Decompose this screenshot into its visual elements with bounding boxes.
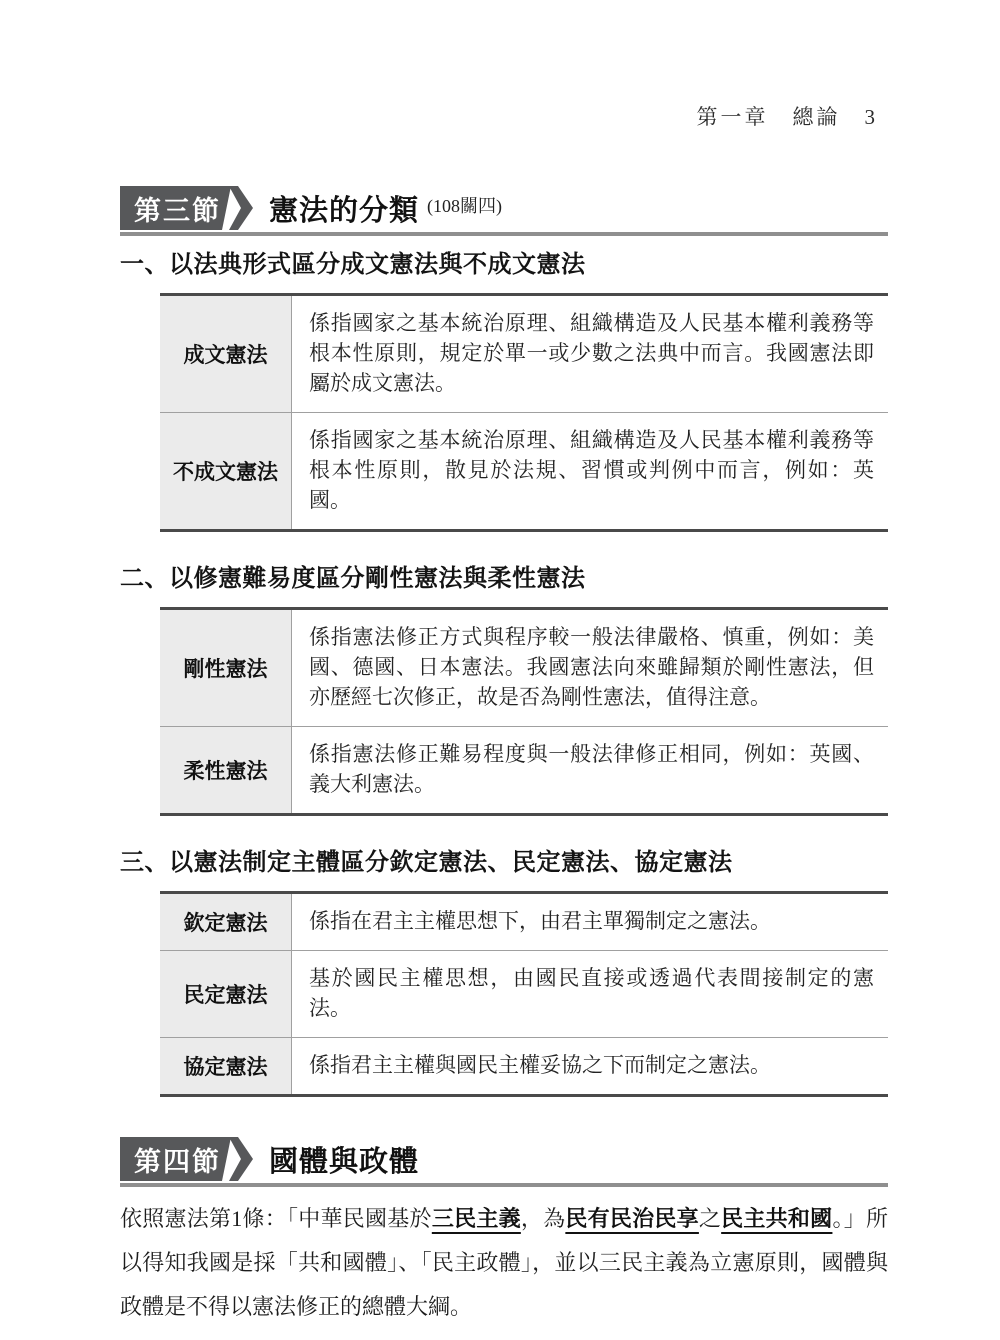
emphasis-run: 三民主義 [432, 1206, 521, 1231]
emphasis-run: 民主共和國 [721, 1206, 832, 1231]
definition-cell: 係指憲法修正難易程度與一般法律修正相同，例如：英國、義大利憲法。 [292, 727, 888, 813]
subsection2-heading: 二、以修憲難易度區分剛性憲法與柔性憲法 [120, 562, 888, 596]
definition-cell: 係指憲法修正方式與程序較一般法律嚴格、慎重，例如：美國、德國、日本憲法。我國憲法… [292, 610, 888, 726]
term-cell: 協定憲法 [160, 1038, 292, 1094]
enacting-body-constitution-table: 欽定憲法 係指在君主主權思想下，由君主單獨制定之憲法。 民定憲法 基於國民主權思… [160, 891, 888, 1097]
section-badge-label: 第四節 [120, 1137, 231, 1181]
exam-reference-annotation: (108關四) [427, 192, 502, 218]
page-content: 第一章 總論 3 第三節 憲法的分類 (108關四) 一、以法典形式區分成文憲法… [0, 0, 1000, 1340]
badge-arrow-icon [229, 1137, 255, 1181]
section4-title: 國體與政體 [269, 1139, 419, 1180]
textbook-page: { "colors": { "badge_bg": "#57585a", "ru… [0, 0, 1000, 1340]
section3-heading: 第三節 憲法的分類 (108關四) [120, 186, 888, 236]
table-row: 欽定憲法 係指在君主主權思想下，由君主單獨制定之憲法。 [160, 894, 888, 951]
text-run: 依照憲法第1條：「中華民國基於 [120, 1206, 432, 1231]
term-cell: 民定憲法 [160, 951, 292, 1037]
term-cell: 欽定憲法 [160, 894, 292, 950]
subsection1-heading: 一、以法典形式區分成文憲法與不成文憲法 [120, 248, 888, 282]
text-run: ，為 [521, 1206, 566, 1231]
body-paragraph: 依照憲法第1條：「中華民國基於三民主義，為民有民治民享之民主共和國。」所以得知我… [120, 1197, 888, 1329]
term-cell: 成文憲法 [160, 296, 292, 412]
codified-constitution-table: 成文憲法 係指國家之基本統治原理、組織構造及人民基本權利義務等根本性原則，規定於… [160, 293, 888, 532]
table-row: 不成文憲法 係指國家之基本統治原理、組織構造及人民基本權利義務等根本性原則，散見… [160, 413, 888, 529]
section3-title: 憲法的分類 [269, 188, 419, 229]
definition-cell: 係指在君主主權思想下，由君主單獨制定之憲法。 [292, 894, 888, 950]
definition-cell: 係指君主主權與國民主權妥協之下而制定之憲法。 [292, 1038, 888, 1094]
running-header: 第一章 總論 3 [120, 102, 888, 132]
definition-cell: 係指國家之基本統治原理、組織構造及人民基本權利義務等根本性原則，規定於單一或少數… [292, 296, 888, 412]
definition-cell: 基於國民主權思想，由國民直接或透過代表間接制定的憲法。 [292, 951, 888, 1037]
table-row: 民定憲法 基於國民主權思想，由國民直接或透過代表間接制定的憲法。 [160, 951, 888, 1038]
section-badge-label: 第三節 [120, 186, 231, 230]
section4-badge: 第四節 [120, 1137, 255, 1181]
term-cell: 剛性憲法 [160, 610, 292, 726]
table-row: 剛性憲法 係指憲法修正方式與程序較一般法律嚴格、慎重，例如：美國、德國、日本憲法… [160, 610, 888, 727]
table-row: 柔性憲法 係指憲法修正難易程度與一般法律修正相同，例如：英國、義大利憲法。 [160, 727, 888, 813]
badge-arrow-icon [229, 186, 255, 230]
definition-cell: 係指國家之基本統治原理、組織構造及人民基本權利義務等根本性原則，散見於法規、習慣… [292, 413, 888, 529]
term-cell: 不成文憲法 [160, 413, 292, 529]
section3-badge: 第三節 [120, 186, 255, 230]
section4-heading: 第四節 國體與政體 [120, 1137, 888, 1187]
subsection3-heading: 三、以憲法制定主體區分欽定憲法、民定憲法、協定憲法 [120, 846, 888, 880]
term-cell: 柔性憲法 [160, 727, 292, 813]
table-row: 協定憲法 係指君主主權與國民主權妥協之下而制定之憲法。 [160, 1038, 888, 1094]
rigid-flexible-constitution-table: 剛性憲法 係指憲法修正方式與程序較一般法律嚴格、慎重，例如：美國、德國、日本憲法… [160, 607, 888, 816]
table-row: 成文憲法 係指國家之基本統治原理、組織構造及人民基本權利義務等根本性原則，規定於… [160, 296, 888, 413]
emphasis-run: 民有民治民享 [565, 1206, 699, 1231]
text-run: 之 [699, 1206, 721, 1231]
